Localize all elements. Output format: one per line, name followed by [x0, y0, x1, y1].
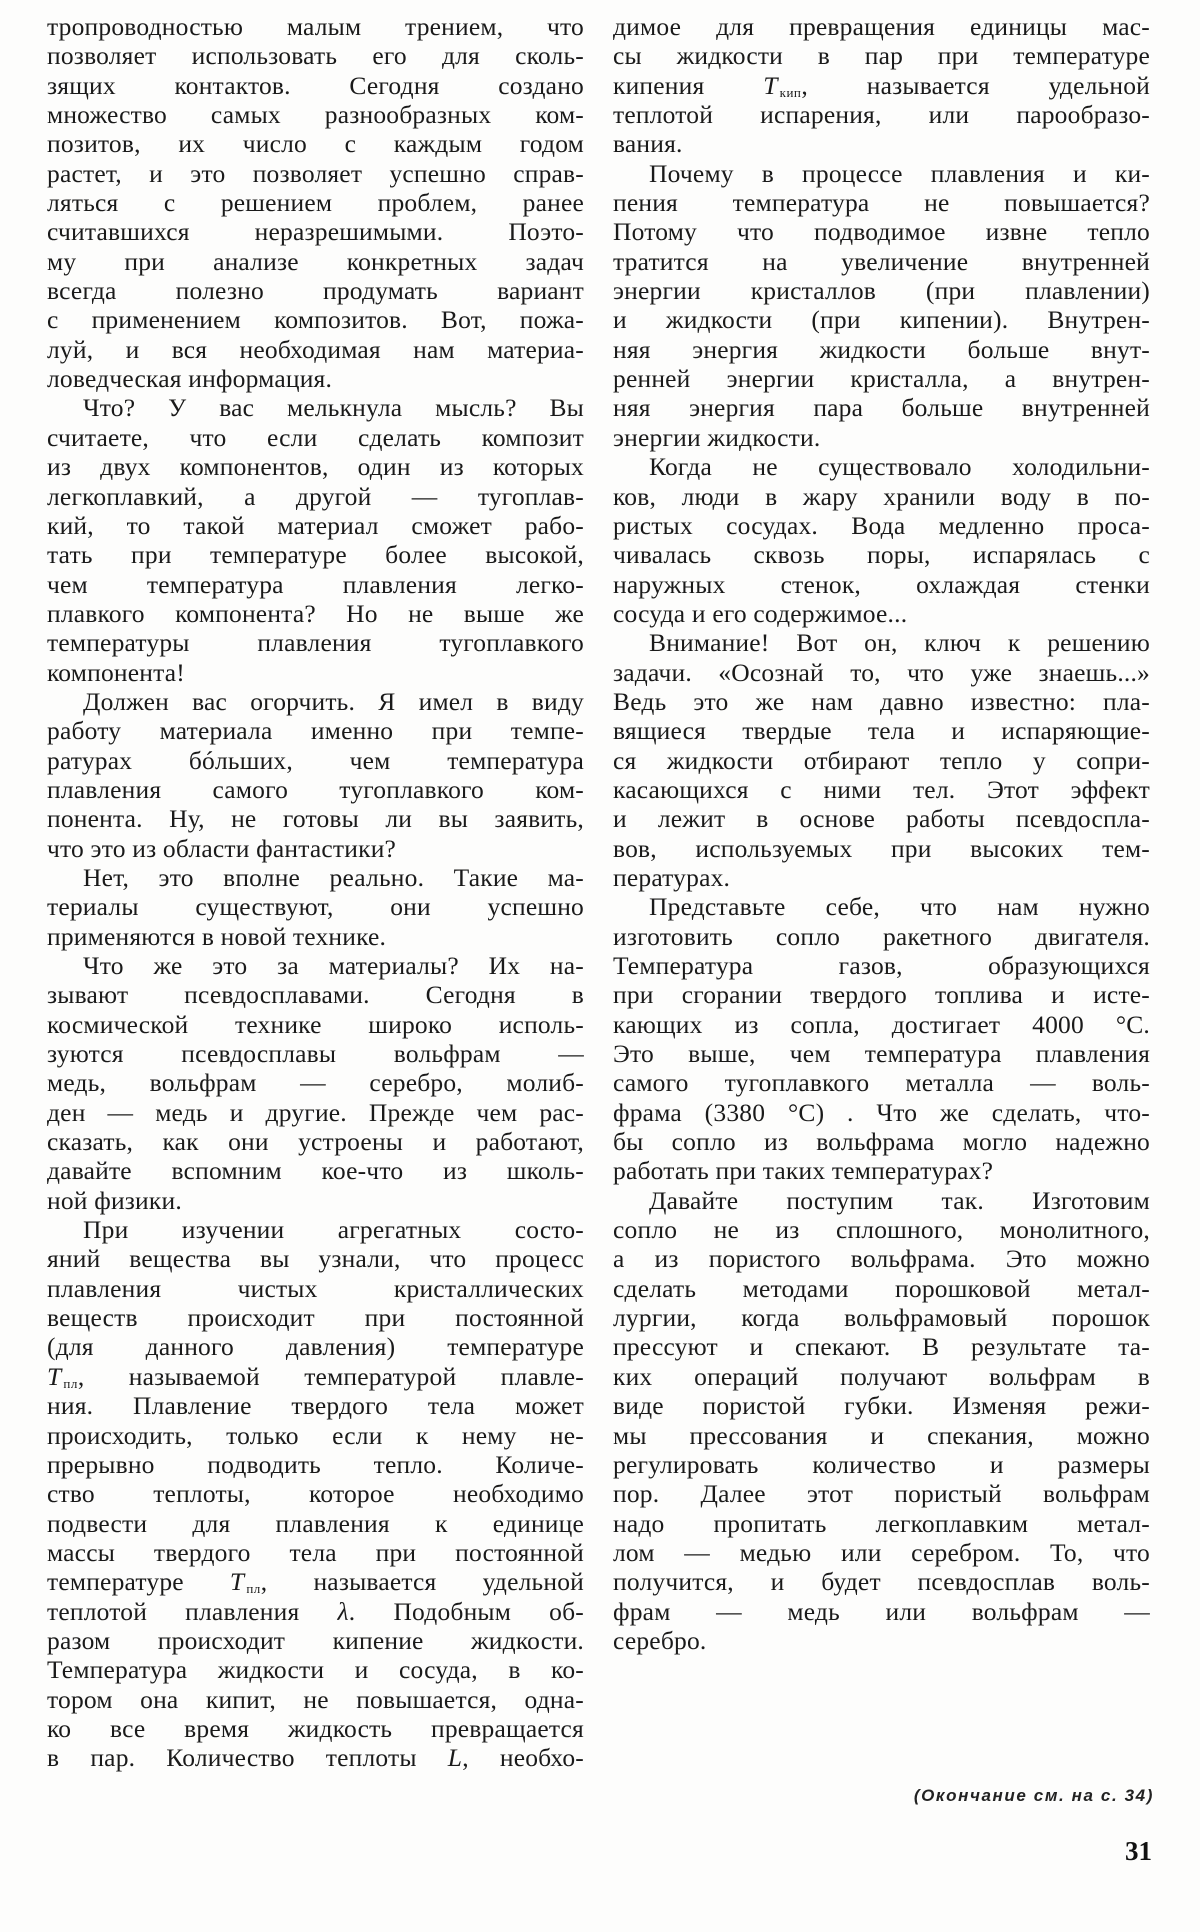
- text-line: Что? У вас мелькнула мысль? Вы: [47, 393, 584, 422]
- text-line: тропроводностью малым трением, что: [47, 12, 584, 41]
- text-line: позволяет использовать его для сколь-: [47, 41, 584, 70]
- text-line: наружных стенок, охлаждая стенки: [613, 570, 1150, 599]
- text-line: компонента!: [47, 658, 584, 687]
- text-line: из двух компонентов, один из которых: [47, 452, 584, 481]
- text-line: изготовить сопло ракетного двигателя.: [613, 922, 1150, 951]
- text-line: няя энергия пара больше внутренней: [613, 393, 1150, 422]
- text-line: тать при температуре более высокой,: [47, 540, 584, 569]
- text-line: разом происходит кипение жидкости.: [47, 1626, 584, 1655]
- text-line: ко все время жидкость превращается: [47, 1714, 584, 1743]
- text-line: вания.: [613, 129, 1150, 158]
- text-line: и жидкости (при кипении). Внутрен-: [613, 305, 1150, 334]
- text-line: чивалась сквозь поры, испарялась с: [613, 540, 1150, 569]
- text-line: энергии жидкости.: [613, 423, 1150, 452]
- math-symbol: λ: [338, 1597, 349, 1626]
- text-line: ляться с решением проблем, ранее: [47, 188, 584, 217]
- text-line: ной физики.: [47, 1186, 584, 1215]
- text-line: вящиеся твердые тела и испаряющие-: [613, 716, 1150, 745]
- text-line: ство теплоты, которое необходимо: [47, 1479, 584, 1508]
- continuation-note: (Окончание см. на с. 34): [914, 1786, 1154, 1806]
- text-line: Потому что подводимое извне тепло: [613, 217, 1150, 246]
- text-line: прессуют и спекают. В результате та-: [613, 1332, 1150, 1361]
- text-line: прерывно подводить тепло. Количе-: [47, 1450, 584, 1479]
- text-line: при сгорании твердого топлива и исте-: [613, 980, 1150, 1009]
- text-line: плавления чистых кристаллических: [47, 1274, 584, 1303]
- left-text-column: тропроводностью малым трением, чтопозвол…: [47, 12, 584, 1773]
- text-line: виде пористой губки. Изменяя режи-: [613, 1391, 1150, 1420]
- text-line: ких операций получают вольфрам в: [613, 1362, 1150, 1391]
- text-line: мы прессования и спекания, можно: [613, 1421, 1150, 1450]
- text-line: ловедческая информация.: [47, 364, 584, 393]
- text-line: и лежит в основе работы псевдоспла-: [613, 804, 1150, 833]
- text-line: Внимание! Вот он, ключ к решению: [613, 628, 1150, 657]
- text-line: сказать, как они устроены и работают,: [47, 1127, 584, 1156]
- text-line: в пар. Количество теплоты L, необхо-: [47, 1743, 584, 1772]
- text-line: регулировать количество и размеры: [613, 1450, 1150, 1479]
- text-line: ков, люди в жару хранили воду в по-: [613, 482, 1150, 511]
- text-line: Нет, это вполне реально. Такие ма-: [47, 863, 584, 892]
- text-line: множество самых разнообразных ком-: [47, 100, 584, 129]
- text-line: Представьте себе, что нам нужно: [613, 892, 1150, 921]
- text-line: позитов, их число с каждым годом: [47, 129, 584, 158]
- text-line: сы жидкости в пар при температуре: [613, 41, 1150, 70]
- text-line: понента. Ну, не готовы ли вы заявить,: [47, 804, 584, 833]
- text-line: ристых сосудах. Вода медленно проса-: [613, 511, 1150, 540]
- text-line: Это выше, чем температура плавления: [613, 1039, 1150, 1068]
- text-line: работать при таких температурах?: [613, 1156, 1150, 1185]
- text-line: пературах.: [613, 863, 1150, 892]
- text-line: а из пористого вольфрама. Это можно: [613, 1244, 1150, 1273]
- text-line: происходить, только если к нему не-: [47, 1421, 584, 1450]
- text-line: кий, то такой материал сможет рабо-: [47, 511, 584, 540]
- text-line: сделать методами порошковой метал-: [613, 1274, 1150, 1303]
- text-line: теплотой испарения, или парообразо-: [613, 100, 1150, 129]
- text-line: ренней энергии кристалла, а внутрен-: [613, 364, 1150, 393]
- text-line: веществ происходит при постоянной: [47, 1303, 584, 1332]
- math-subscript: пл: [246, 1581, 260, 1596]
- text-line: работу материала именно при темпе-: [47, 716, 584, 745]
- text-line: Температура газов, образующихся: [613, 951, 1150, 980]
- text-line: сосуда и его содержимое...: [613, 599, 1150, 628]
- text-line: Давайте поступим так. Изготовим: [613, 1186, 1150, 1215]
- text-line: плавкого компонента? Но не выше же: [47, 599, 584, 628]
- text-line: Когда не существовало холодильни-: [613, 452, 1150, 481]
- text-line: пор. Далее этот пористый вольфрам: [613, 1479, 1150, 1508]
- text-line: вов, используемых при высоких тем-: [613, 834, 1150, 863]
- text-line: всегда полезно продумать вариант: [47, 276, 584, 305]
- math-symbol: L: [448, 1743, 462, 1772]
- text-line: серебро.: [613, 1626, 1150, 1655]
- text-line: ся жидкости отбирают тепло у сопри-: [613, 746, 1150, 775]
- text-line: ден — медь и другие. Прежде чем рас-: [47, 1098, 584, 1127]
- text-line: няя энергия жидкости больше внут-: [613, 335, 1150, 364]
- text-line: Должен вас огорчить. Я имел в виду: [47, 687, 584, 716]
- page-number: 31: [1125, 1836, 1152, 1867]
- text-line: сопло не из сплошного, монолитного,: [613, 1215, 1150, 1244]
- text-line: му при анализе конкретных задач: [47, 247, 584, 276]
- text-line: касающихся с ними тел. Этот эффект: [613, 775, 1150, 804]
- text-line: задачи. «Осознай то, что уже знаешь...»: [613, 658, 1150, 687]
- text-line: считавшихся неразрешимыми. Поэто-: [47, 217, 584, 246]
- text-line: подвести для плавления к единице: [47, 1509, 584, 1538]
- text-line: медь, вольфрам — серебро, молиб-: [47, 1068, 584, 1097]
- text-line: ратурах бóльших, чем температура: [47, 746, 584, 775]
- math-symbol: Tкип: [763, 71, 801, 100]
- math-symbol: Tпл: [47, 1362, 78, 1391]
- text-line: теплотой плавления λ. Подобным об-: [47, 1597, 584, 1626]
- text-line: кипения Tкип, называется удельной: [613, 71, 1150, 100]
- text-line: лом — медью или серебром. То, что: [613, 1538, 1150, 1567]
- text-line: получится, и будет псевдосплав воль-: [613, 1567, 1150, 1596]
- text-line: кающих из сопла, достигает 4000 °С.: [613, 1010, 1150, 1039]
- text-line: зывают псевдосплавами. Сегодня в: [47, 980, 584, 1009]
- text-line: зуются псевдосплавы вольфрам —: [47, 1039, 584, 1068]
- text-line: териалы существуют, они успешно: [47, 892, 584, 921]
- text-line: луй, и вся необходимая нам материа-: [47, 335, 584, 364]
- math-symbol: Tпл: [230, 1567, 261, 1596]
- text-line: надо пропитать легкоплавким метал-: [613, 1509, 1150, 1538]
- text-line: пения температура не повышается?: [613, 188, 1150, 217]
- text-line: что это из области фантастики?: [47, 834, 584, 863]
- math-subscript: пл: [63, 1376, 77, 1391]
- text-line: плавления самого тугоплавкого ком-: [47, 775, 584, 804]
- text-line: Что же это за материалы? Их на-: [47, 951, 584, 980]
- text-line: массы твердого тела при постоянной: [47, 1538, 584, 1567]
- math-subscript: кип: [780, 85, 802, 100]
- magazine-page: тропроводностью малым трением, чтопозвол…: [0, 0, 1200, 1932]
- text-line: самого тугоплавкого металла — воль-: [613, 1068, 1150, 1097]
- text-line: легкоплавкий, а другой — тугоплав-: [47, 482, 584, 511]
- text-line: тором она кипит, не повышается, одна-: [47, 1685, 584, 1714]
- text-line: растет, и это позволяет успешно справ-: [47, 159, 584, 188]
- text-line: считаете, что если сделать композит: [47, 423, 584, 452]
- text-line: энергии кристаллов (при плавлении): [613, 276, 1150, 305]
- text-line: фрам — медь или вольфрам —: [613, 1597, 1150, 1626]
- text-line: космической технике широко исполь-: [47, 1010, 584, 1039]
- right-text-column: димое для превращения единицы мас-сы жид…: [613, 12, 1150, 1655]
- text-line: применяются в новой технике.: [47, 922, 584, 951]
- text-line: температуры плавления тугоплавкого: [47, 628, 584, 657]
- text-line: тратится на увеличение внутренней: [613, 247, 1150, 276]
- text-line: Почему в процессе плавления и ки-: [613, 159, 1150, 188]
- text-line: зящих контактов. Сегодня создано: [47, 71, 584, 100]
- text-line: бы сопло из вольфрама могло надежно: [613, 1127, 1150, 1156]
- text-line: с применением композитов. Вот, пожа-: [47, 305, 584, 334]
- text-line: Tпл, называемой температурой плавле-: [47, 1362, 584, 1391]
- text-line: При изучении агрегатных состо-: [47, 1215, 584, 1244]
- text-line: чем температура плавления легко-: [47, 570, 584, 599]
- text-line: (для данного давления) температуре: [47, 1332, 584, 1361]
- text-line: ния. Плавление твердого тела может: [47, 1391, 584, 1420]
- text-line: фрама (3380 °С) . Что же сделать, что-: [613, 1098, 1150, 1127]
- text-line: температуре Tпл, называется удельной: [47, 1567, 584, 1596]
- text-line: димое для превращения единицы мас-: [613, 12, 1150, 41]
- text-line: Ведь это же нам давно известно: пла-: [613, 687, 1150, 716]
- text-line: Температура жидкости и сосуда, в ко-: [47, 1655, 584, 1684]
- text-line: давайте вспомним кое-что из школь-: [47, 1156, 584, 1185]
- text-line: лургии, когда вольфрамовый порошок: [613, 1303, 1150, 1332]
- text-line: яний вещества вы узнали, что процесс: [47, 1244, 584, 1273]
